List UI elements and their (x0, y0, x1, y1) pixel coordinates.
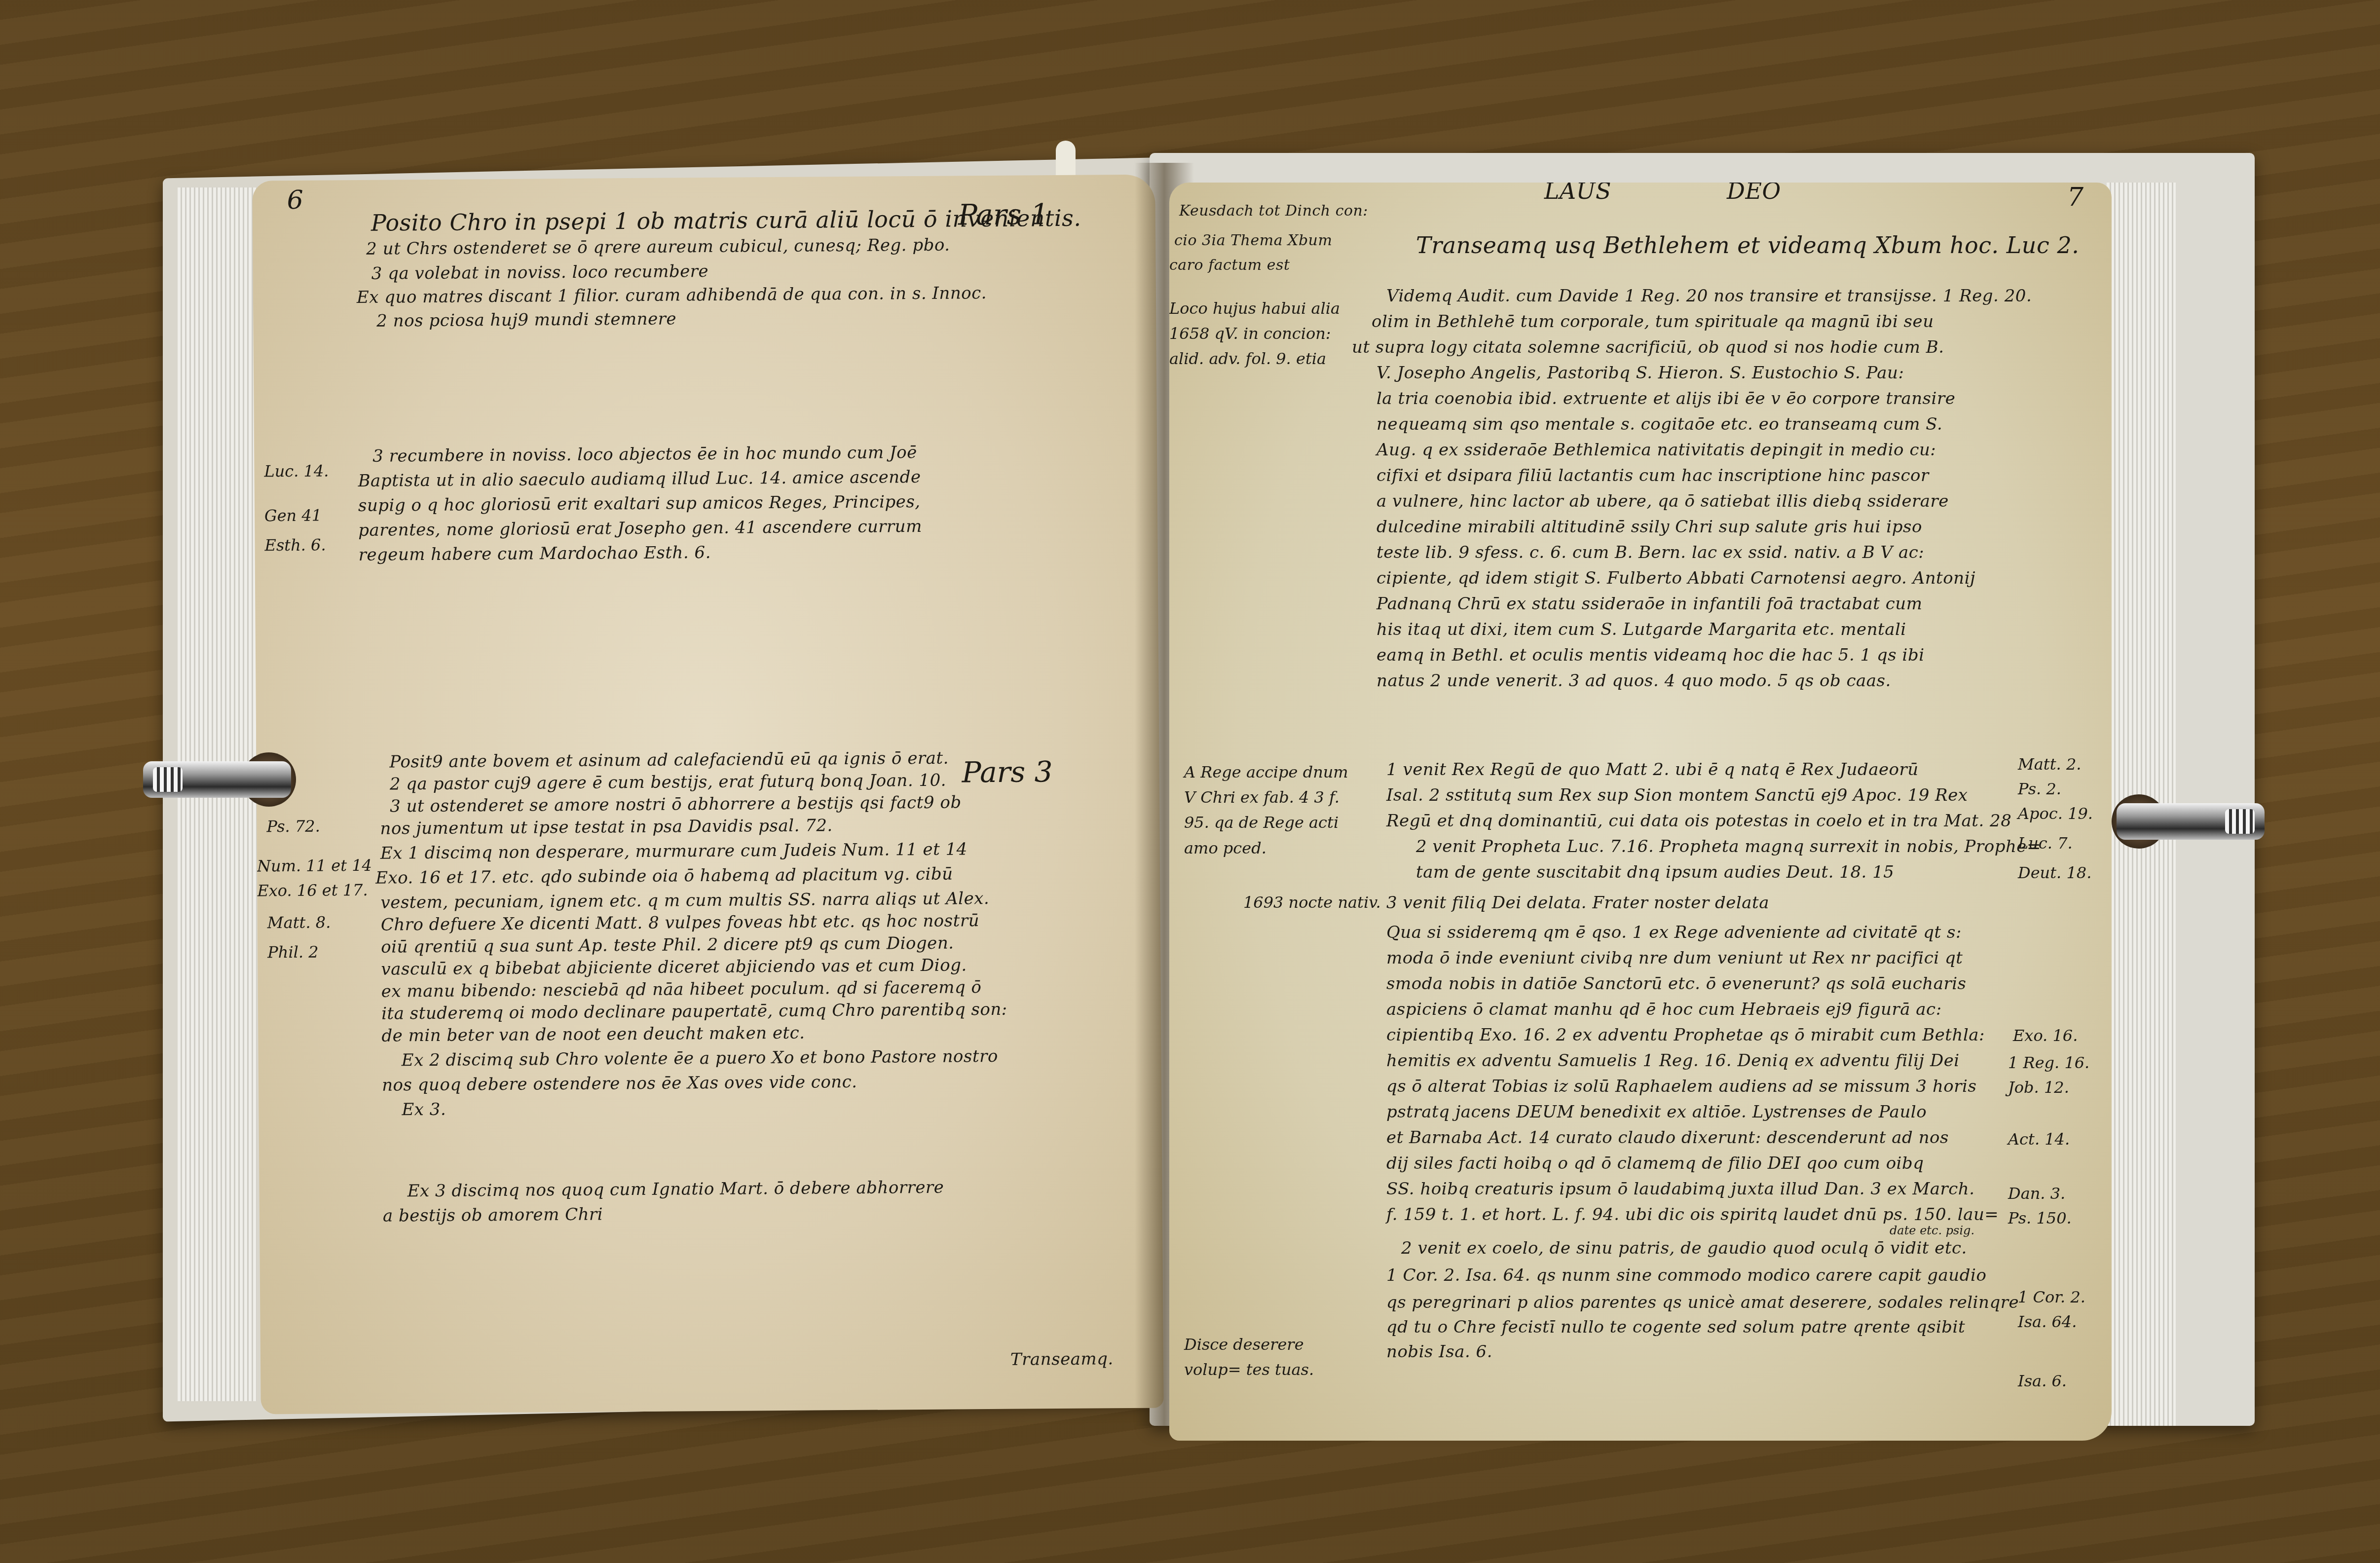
margin-ref: Isa. 6. (2018, 1372, 2067, 1390)
text-line: Ex 3. (402, 1100, 446, 1120)
text-line: parentes, nome gloriosū erat Josepho gen… (358, 517, 922, 540)
right-page: 7 LAUS DEO Keusdach tot Dinch con: cio 3… (1169, 183, 2112, 1441)
text-line: moda ō inde eveniunt civibq nre dum veni… (1386, 948, 1963, 968)
text-line: 3 venit filiq Dei delata. Frater noster … (1386, 893, 1769, 913)
margin-ref: Luc. 7. (2018, 834, 2073, 853)
text-line: Ex 1 discimq non desperare, murmurare cu… (380, 839, 967, 863)
text-line: Isal. 2 sstitutq sum Rex sup Sion montem… (1386, 785, 1968, 805)
text-line: supig o q hoc gloriosū erit exaltari sup… (358, 492, 921, 516)
text-line: 2 ut Chrs ostenderet se ō qrere aureum c… (366, 235, 950, 259)
text-line: nequeamq sim qso mentale s. cogitaōe etc… (1376, 414, 1942, 434)
text-line: Videmq Audit. cum Davide 1 Reg. 20 nos t… (1386, 286, 2032, 306)
text-line: vasculū ex q bibebat abjiciente diceret … (381, 955, 967, 979)
text-line: 1 venit Rex Regū de quo Matt 2. ubi ē q … (1386, 760, 1919, 780)
text-line: 3 recumbere in noviss. loco abjectos ēe … (372, 443, 917, 466)
margin-ref: Apoc. 19. (2018, 804, 2093, 823)
text-line: 2 venit Propheta Luc. 7.16. Propheta mag… (1416, 837, 2041, 856)
sermon-title: Transeamq usq Bethlehem et videamq Xbum … (1416, 232, 2079, 259)
pars-heading: Pars 3 (962, 757, 1052, 786)
text-line: cipientibq Exo. 16. 2 ex adventu Prophet… (1386, 1025, 1985, 1045)
margin-note: Luc. 14. (264, 461, 329, 481)
right-book-clasp (2117, 794, 2265, 849)
text-line: nos jumentum ut ipse testat in psa David… (380, 816, 833, 838)
text-line: oiū qrentiū q sua sunt Ap. teste Phil. 2… (381, 933, 954, 957)
margin-note: Gen 41 (264, 506, 322, 525)
text-line: aspiciens ō clamat manhu qd ē hoc cum He… (1386, 1000, 1942, 1019)
text-line: olim in Bethlehē tum corporale, tum spir… (1372, 312, 1934, 332)
text-line: pstratq jacens DEUM benedixit ex altiōe.… (1386, 1102, 1927, 1122)
text-line: et Barnaba Act. 14 curato claudo dixerun… (1386, 1128, 1949, 1148)
top-note: caro factum est (1169, 257, 1290, 274)
text-line: cipiente, qd idem stigit S. Fulberto Abb… (1376, 568, 1975, 588)
text-line: natus 2 unde venerit. 3 ad quos. 4 quo m… (1376, 671, 1891, 691)
text-line: Padnanq Chrū ex statu ssideraōe in infan… (1376, 594, 1923, 614)
text-line: 1 Cor. 2. Isa. 64. qs nunm sine commodo … (1386, 1265, 1986, 1285)
text-line: qs ō alterat Tobias iz solū Raphaelem au… (1386, 1077, 1976, 1096)
text-line: SS. hoibq creaturis ipsum ō laudabimq ju… (1386, 1179, 1975, 1199)
text-line: his itaq ut dixi, item cum S. Lutgarde M… (1376, 620, 1906, 639)
text-line: teste lib. 9 sfess. c. 6. cum B. Bern. l… (1376, 543, 1924, 562)
page-number: 7 (2067, 183, 2083, 212)
text-line: eamq in Bethl. et oculis mentis videamq … (1376, 645, 1925, 665)
margin-note: Loco hujus habui alia 1658 qV. in concio… (1169, 296, 1347, 372)
text-line: f. 159 t. 1. et hort. L. f. 94. ubi dic … (1386, 1205, 1999, 1225)
clasp-grip-icon (2225, 809, 2255, 834)
margin-note: Num. 11 et 14 (257, 856, 372, 876)
text-line: ita studeremq oi modo declinare pauperta… (381, 1000, 1007, 1024)
top-note: cio 3ia Thema Xbum (1174, 232, 1332, 249)
margin-note: Matt. 8. (267, 913, 331, 932)
margin-note: Esth. 6. (264, 535, 326, 555)
margin-ref: Exo. 16. (2013, 1026, 2078, 1045)
header-deo: DEO (1727, 183, 1781, 204)
left-book-clasp (143, 752, 291, 807)
margin-ref: Isa. 64. (2018, 1312, 2077, 1331)
margin-ref: Act. 14. (2008, 1130, 2070, 1149)
margin-note: Ps. 72. (266, 817, 320, 836)
margin-ref: Job. 12. (2008, 1078, 2069, 1097)
text-line: 2 nos pciosa huj9 mundi stemnere (376, 309, 676, 331)
text-line: Ex 2 discimq sub Chro volente ēe a puero… (402, 1046, 998, 1070)
text-line: ex manu bibendo: nesciebā qd nāa hibeet … (381, 977, 982, 1001)
text-line: smoda nobis in datiōe Sanctorū etc. ō ev… (1386, 974, 1967, 994)
text-line: Exo. 16 et 17. etc. qdo subinde oia ō ha… (375, 864, 953, 888)
text-line: Baptista ut in alio saeculo audiamq illu… (358, 467, 921, 491)
text-line: 2 venit ex coelo, de sinu patris, de gau… (1401, 1238, 1967, 1258)
text-line: qs peregrinari p alios parentes qs unicè… (1386, 1293, 2019, 1312)
text-line: 3 qa volebat in noviss. loco recumbere (371, 261, 708, 284)
text-line: cifixi et dsipara filiū lactantis cum ha… (1376, 466, 1929, 485)
margin-ref: Dan. 3. (2008, 1184, 2065, 1203)
text-line: dij siles facti hoibq o qd ō clamemq de … (1386, 1154, 1924, 1173)
margin-ref: date etc. psig. (1890, 1224, 1974, 1237)
text-line: nos quoq debere ostendere nos ēe Xas ove… (382, 1072, 857, 1095)
margin-ref: 1 Cor. 2. (2018, 1288, 2085, 1306)
text-line: ut supra logy citata solemne sacrificiū,… (1352, 337, 1944, 357)
margin-note: Disce deserere volup= tes tuas. (1184, 1332, 1362, 1382)
text-line: regeum habere cum Mardochao Esth. 6. (358, 543, 711, 565)
text-line: Ex quo matres discant 1 filior. curam ad… (357, 283, 987, 307)
text-line: Aug. q ex ssideraōe Bethlemica nativitat… (1376, 440, 1936, 460)
text-line: Ex 3 discimq nos quoq cum Ignatio Mart. … (407, 1178, 944, 1201)
header-laus: LAUS (1544, 183, 1611, 204)
margin-ref: Ps. 150. (2008, 1209, 2072, 1228)
text-line: Chro defuere Xe dicenti Matt. 8 vulpes f… (381, 911, 979, 934)
page-number: 6 (287, 186, 303, 215)
text-line: de min beter van de noot een deucht make… (381, 1023, 805, 1046)
margin-ref: Deut. 18. (2018, 863, 2091, 882)
margin-note: Exo. 16 et 17. (257, 881, 368, 900)
text-line: Qua si ssideremq qm ē qso. 1 ex Rege adv… (1386, 923, 1962, 942)
text-line: qd tu o Chre fecistī nullo te cogente se… (1386, 1317, 1965, 1337)
left-page: 6 Posito Chro in psepi 1 ob matris curā … (252, 175, 1163, 1414)
pars-heading: Pars 1 (958, 200, 1049, 229)
text-line: dulcedine mirabili altitudinē ssily Chri… (1376, 517, 1922, 537)
text-line: hemitis ex adventu Samuelis 1 Reg. 16. D… (1386, 1051, 1960, 1071)
catchword: Transeamq. (1010, 1349, 1114, 1369)
margin-note: A Rege accipe dnum V Chri ex fab. 4 3 f.… (1184, 760, 1362, 861)
margin-note: Phil. 2 (267, 943, 319, 962)
text-line: a bestijs ob amorem Chri (383, 1205, 603, 1226)
margin-ref: Ps. 2. (2018, 780, 2061, 798)
text-line: 3 ut ostenderet se amore nostri ō abhorr… (390, 792, 962, 816)
margin-ref: Matt. 2. (2018, 755, 2081, 774)
text-line: Regū et dnq dominantiū, cui data ois pot… (1386, 811, 2011, 831)
text-line: Posit9 ante bovem et asinum ad calefacie… (389, 748, 949, 772)
text-line: a vulnere, hinc lactor ab ubere, qa ō sa… (1376, 491, 1949, 511)
text-line: vestem, pecuniam, ignem etc. q m cum mul… (380, 889, 989, 913)
top-note: Keusdach tot Dinch con: (1179, 202, 1368, 220)
margin-ref: 1 Reg. 16. (2008, 1053, 2089, 1072)
text-line: la tria coenobia ibid. extruente et alij… (1376, 389, 1955, 409)
text-line: tam de gente suscitabit dnq ipsum audies… (1416, 862, 1894, 882)
text-line: nobis Isa. 6. (1386, 1342, 1492, 1362)
clasp-grip-icon (153, 767, 183, 792)
open-manuscript: 6 Posito Chro in psepi 1 ob matris curā … (0, 0, 2380, 1563)
margin-note-date: 1693 nocte nativ. (1243, 893, 1381, 912)
text-line: V. Josepho Angelis, Pastoribq S. Hieron.… (1376, 363, 1904, 383)
text-line: 2 qa pastor cuj9 agere ē cum bestijs, er… (390, 771, 947, 794)
